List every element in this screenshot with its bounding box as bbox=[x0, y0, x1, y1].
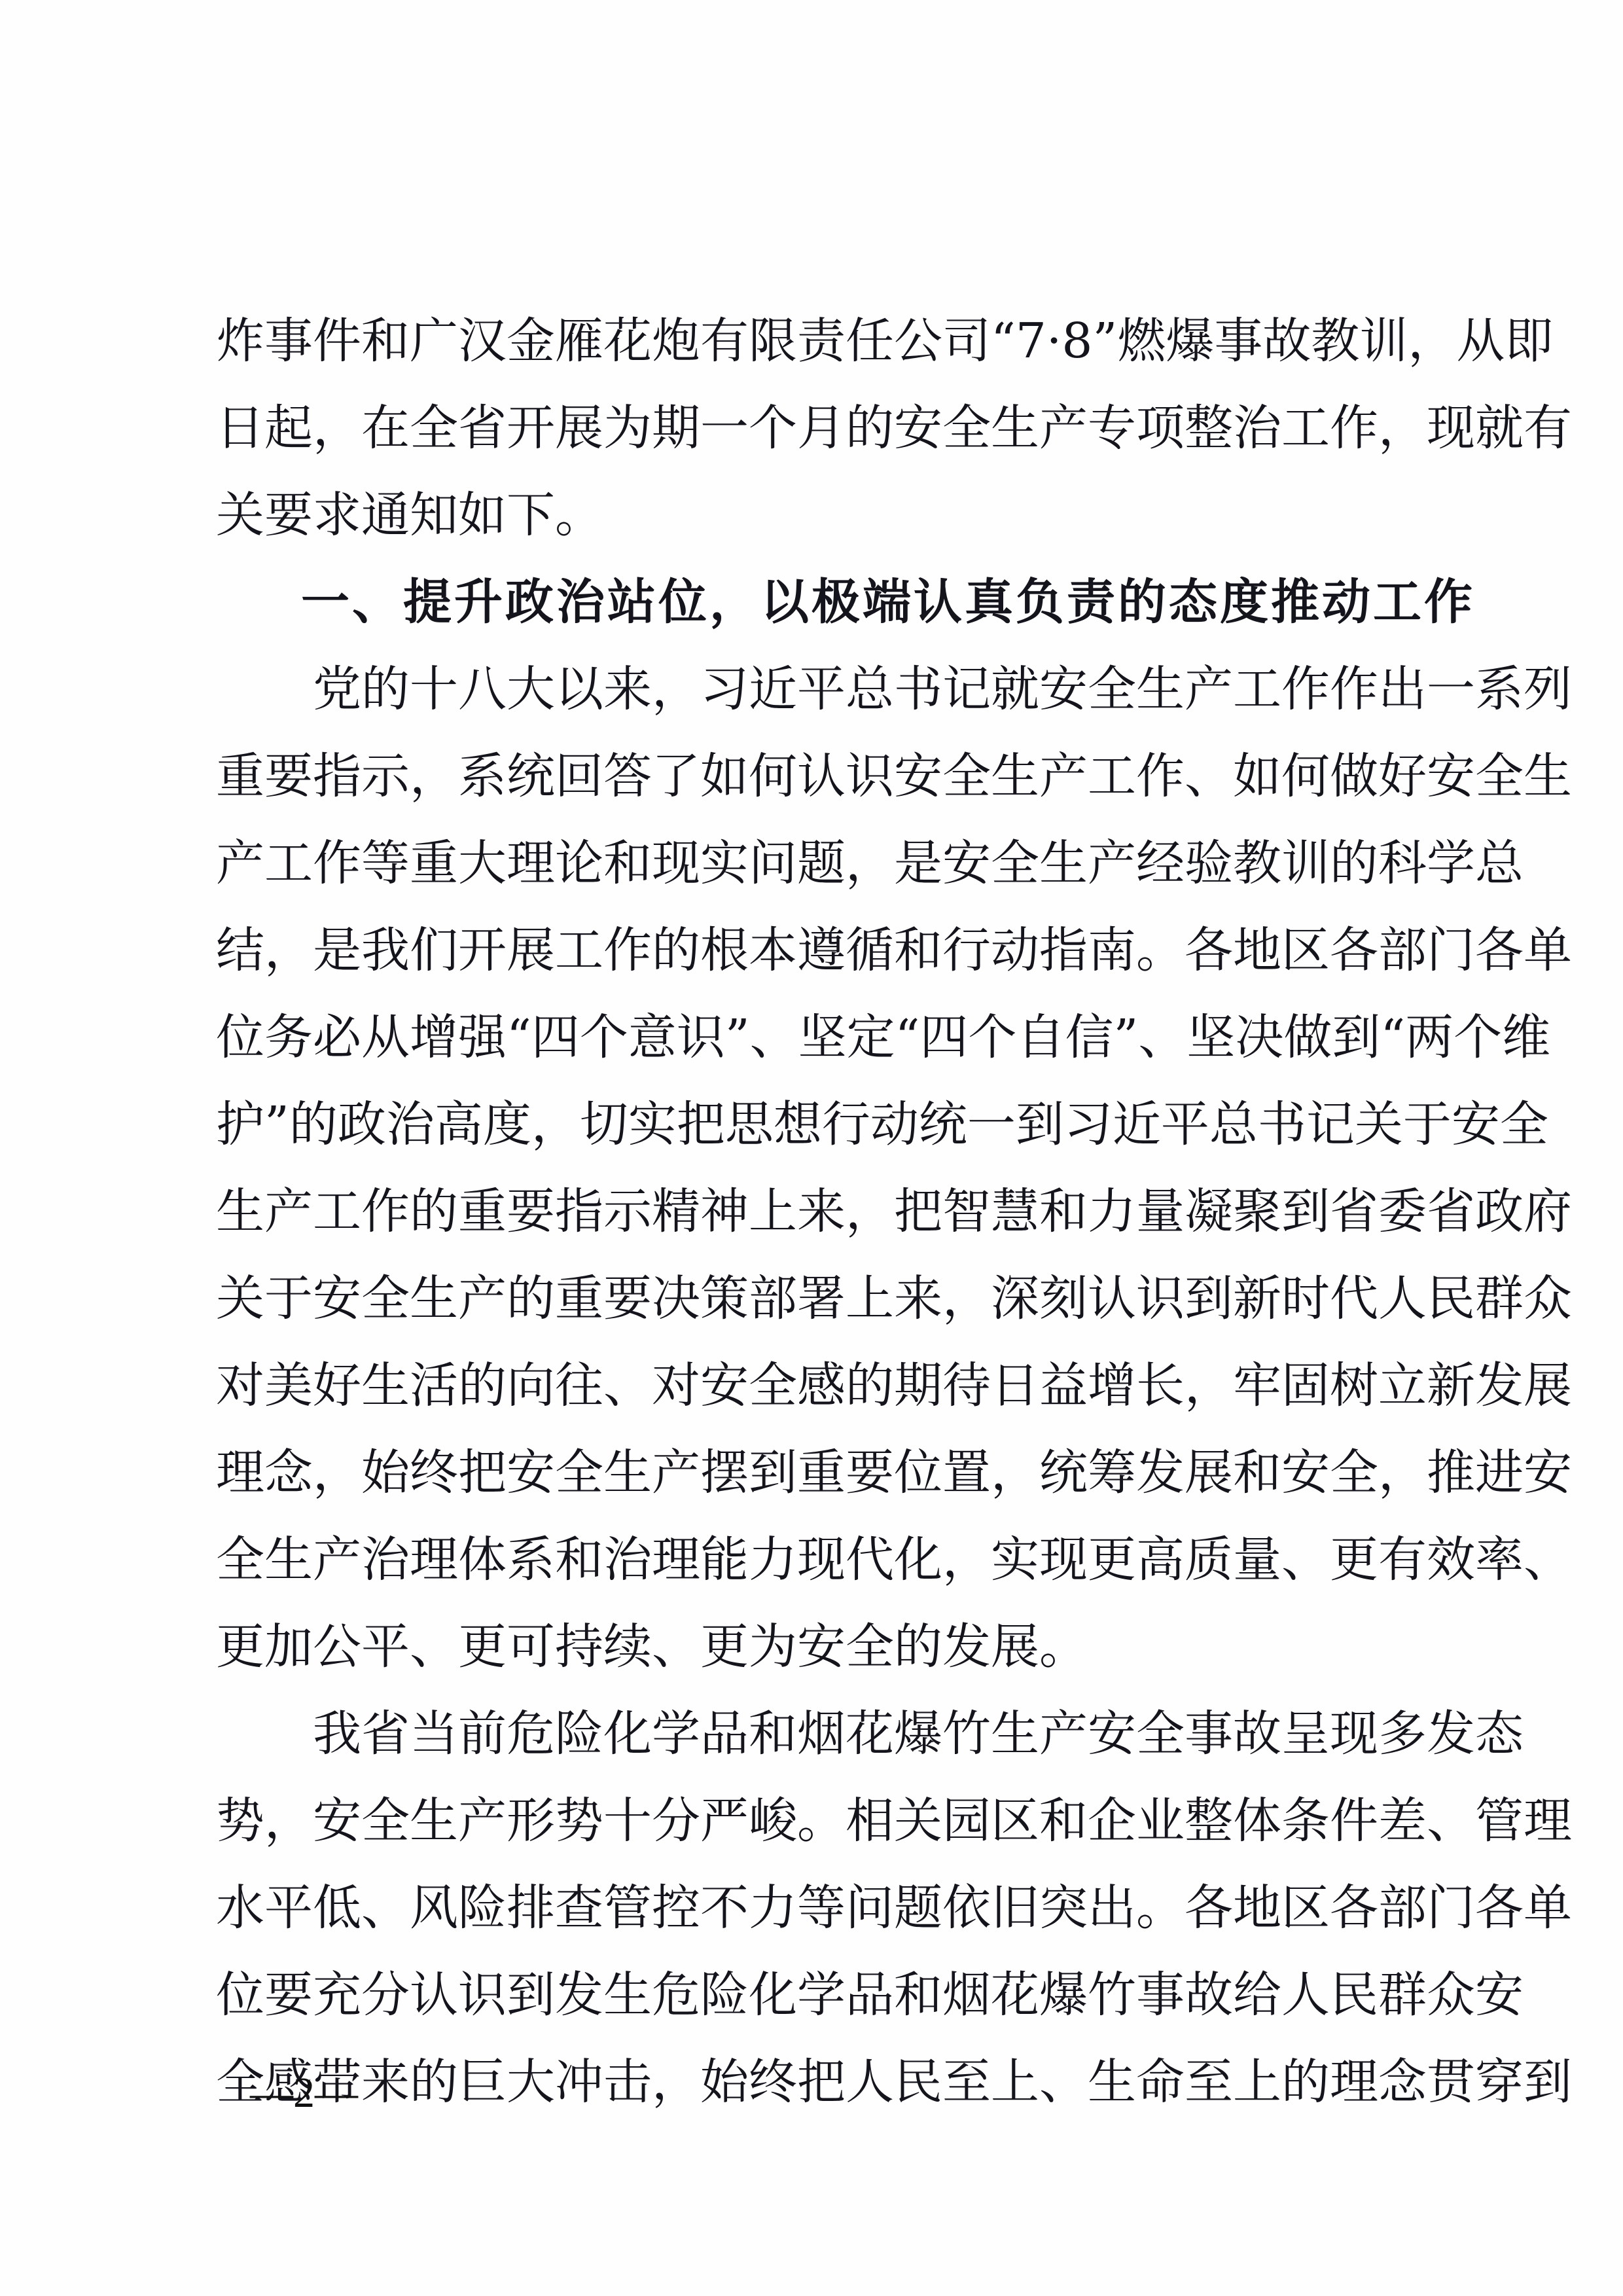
text-line: 日起，在全省开展为期一个月的安全生产专项整治工作，现就有 bbox=[216, 385, 1414, 472]
text-line: 更加公平、更可持续、更为安全的发展。 bbox=[216, 1604, 1414, 1691]
text-line: 对美好生活的向往、对安全感的期待日益增长，牢固树立新发展 bbox=[216, 1342, 1414, 1429]
text-line: 党的十八大以来，习近平总书记就安全生产工作作出一系列 bbox=[216, 646, 1414, 733]
text-line: 炸事件和广汉金雁花炮有限责任公司“7·8”燃爆事故教训，从即 bbox=[216, 298, 1414, 385]
paragraph-continuation: 炸事件和广汉金雁花炮有限责任公司“7·8”燃爆事故教训，从即 日起，在全省开展为… bbox=[216, 298, 1414, 559]
text-line: 我省当前危险化学品和烟花爆竹生产安全事故呈现多发态 bbox=[216, 1691, 1414, 1778]
paragraph-current-situation: 我省当前危险化学品和烟花爆竹生产安全事故呈现多发态 势，安全生产形势十分严峻。相… bbox=[216, 1691, 1414, 2126]
text-line: 位要充分认识到发生危险化学品和烟花爆竹事故给人民群众安 bbox=[216, 1952, 1414, 2039]
document-body: 炸事件和广汉金雁花炮有限责任公司“7·8”燃爆事故教训，从即 日起，在全省开展为… bbox=[216, 298, 1414, 2126]
text-line: 生产工作的重要指示精神上来，把智慧和力量凝聚到省委省政府 bbox=[216, 1168, 1414, 1255]
paragraph-political-stance: 党的十八大以来，习近平总书记就安全生产工作作出一系列 重要指示，系统回答了如何认… bbox=[216, 646, 1414, 1691]
text-line: 关于安全生产的重要决策部署上来，深刻认识到新时代人民群众 bbox=[216, 1255, 1414, 1342]
page-number: —2— bbox=[250, 2068, 358, 2118]
text-line: 全生产治理体系和治理能力现代化，实现更高质量、更有效率、 bbox=[216, 1516, 1414, 1604]
text-line: 位务必从增强“四个意识”、坚定“四个自信”、坚决做到“两个维 bbox=[216, 994, 1414, 1081]
text-line: 水平低、风险排查管控不力等问题依旧突出。各地区各部门各单 bbox=[216, 1865, 1414, 1952]
document-page: 炸事件和广汉金雁花炮有限责任公司“7·8”燃爆事故教训，从即 日起，在全省开展为… bbox=[0, 0, 1623, 2296]
text-line: 理念，始终把安全生产摆到重要位置，统筹发展和安全，推进安 bbox=[216, 1429, 1414, 1516]
text-line: 产工作等重大理论和现实问题，是安全生产经验教训的科学总 bbox=[216, 820, 1414, 907]
text-line: 关要求通知如下。 bbox=[216, 472, 1414, 559]
text-line: 全感带来的巨大冲击，始终把人民至上、生命至上的理念贯穿到 bbox=[216, 2039, 1414, 2126]
text-line: 护”的政治高度，切实把思想行动统一到习近平总书记关于安全 bbox=[216, 1081, 1414, 1168]
section-heading: 一、提升政治站位，以极端认真负责的态度推动工作 bbox=[216, 559, 1414, 646]
text-line: 重要指示，系统回答了如何认识安全生产工作、如何做好安全生 bbox=[216, 733, 1414, 820]
text-line: 结，是我们开展工作的根本遵循和行动指南。各地区各部门各单 bbox=[216, 907, 1414, 994]
text-line: 势，安全生产形势十分严峻。相关园区和企业整体条件差、管理 bbox=[216, 1778, 1414, 1865]
